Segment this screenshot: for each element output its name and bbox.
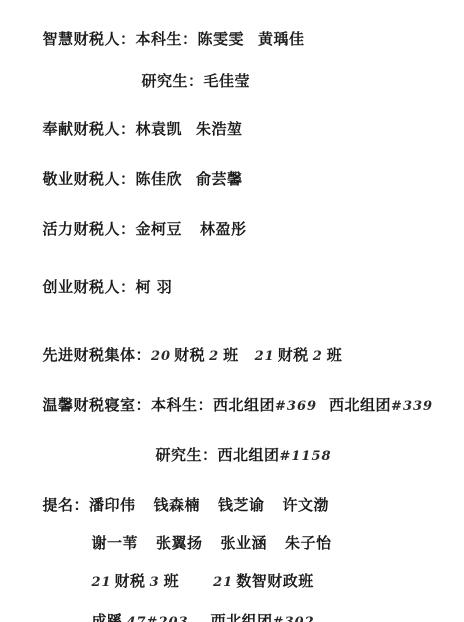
award-chuangye-row: 创业财税人：柯 羽: [31, 260, 172, 278]
undergrad-label: 本科生：: [135, 30, 197, 48]
dorm-room: #302: [273, 615, 315, 622]
dorm-room: #339: [391, 399, 433, 414]
nominee-name: 钱森楠: [153, 496, 200, 514]
award-fengxian-row: 奉献财税人：林袁凯朱浩堃: [31, 102, 243, 120]
class-number: 3: [150, 575, 160, 590]
awardee-name: 林袁凯: [135, 120, 182, 138]
nominee-name: 张业涵: [220, 534, 267, 552]
dorm-room: #369: [275, 399, 317, 414]
dorm-group: 成蹊: [91, 612, 122, 622]
grad-label: 研究生：: [141, 72, 203, 90]
dorm-group: 西北组团: [213, 396, 275, 414]
nominee-name: 许文渤: [283, 496, 330, 514]
nomination-rooms-row: 成蹊47#203西北组团#302: [80, 594, 315, 612]
class-major: 财税: [174, 346, 205, 364]
award-label: 智慧财税人：: [42, 30, 135, 48]
nominee-name: 张翼扬: [156, 534, 203, 552]
nominee-name: 谢一苇: [91, 534, 138, 552]
awardee-name: 毛佳莹: [203, 72, 250, 90]
awardee-name: 柯 羽: [135, 278, 172, 296]
award-label: 敬业财税人：: [42, 170, 135, 188]
class-major: 财税: [115, 572, 146, 590]
awardee-name: 黄瑀佳: [258, 30, 305, 48]
awardee-name: 朱浩堃: [196, 120, 243, 138]
award-label: 先进财税集体：: [42, 346, 151, 364]
grad-label: 研究生：: [155, 446, 217, 464]
award-zhihui-grad-row: 研究生：毛佳莹: [130, 54, 250, 72]
nomination-row-2: 谢一苇张翼扬张业涵朱子怡: [80, 516, 332, 534]
dorm-group: 西北组团: [329, 396, 391, 414]
class-year: 21: [255, 349, 275, 364]
award-huoli-row: 活力财税人：金柯豆林盈彤: [31, 202, 247, 220]
award-wenxin-grad-row: 研究生：西北组团#1158: [144, 428, 332, 446]
award-zhihui-undergrad-row: 智慧财税人：本科生：陈雯雯黄瑀佳: [31, 12, 305, 30]
award-label: 温馨财税寝室：: [42, 396, 151, 414]
dorm-group: 西北组团: [217, 446, 279, 464]
awardee-name: 陈雯雯: [197, 30, 244, 48]
undergrad-label: 本科生：: [151, 396, 213, 414]
class-suffix: 班: [223, 346, 239, 364]
class-number: 2: [313, 349, 323, 364]
dorm-room: 47#203: [126, 615, 188, 622]
class-year: 21: [213, 575, 233, 590]
class-year: 20: [151, 349, 171, 364]
class-major: 财税: [278, 346, 309, 364]
class-suffix: 班: [327, 346, 343, 364]
award-xianjin-row: 先进财税集体：20财税2班21财税2班: [31, 328, 342, 346]
dorm-group: 西北组团: [211, 612, 273, 622]
award-wenxin-undergrad-row: 温馨财税寝室：本科生：西北组团#369西北组团#339: [31, 378, 433, 396]
nomination-classes-row: 21财税3班21数智财政班: [80, 554, 314, 572]
award-label: 创业财税人：: [42, 278, 135, 296]
award-label: 活力财税人：: [42, 220, 135, 238]
nomination-label: 提名：: [42, 496, 89, 514]
awardee-name: 陈佳欣: [135, 170, 182, 188]
awardee-name: 林盈彤: [200, 220, 247, 238]
nominee-name: 钱芝谕: [218, 496, 265, 514]
nominee-name: 潘印伟: [89, 496, 136, 514]
award-label: 奉献财税人：: [42, 120, 135, 138]
awardee-name: 金柯豆: [135, 220, 182, 238]
awardee-name: 俞芸馨: [196, 170, 243, 188]
class-number: 2: [209, 349, 219, 364]
class-year: 21: [91, 575, 111, 590]
award-jingye-row: 敬业财税人：陈佳欣俞芸馨: [31, 152, 243, 170]
dorm-room: #1158: [279, 449, 331, 464]
class-suffix: 班: [164, 572, 180, 590]
nominee-name: 朱子怡: [285, 534, 332, 552]
nomination-row-1: 提名：潘印伟钱森楠钱芝谕许文渤: [31, 478, 329, 496]
class-major: 数智财政班: [236, 572, 314, 590]
